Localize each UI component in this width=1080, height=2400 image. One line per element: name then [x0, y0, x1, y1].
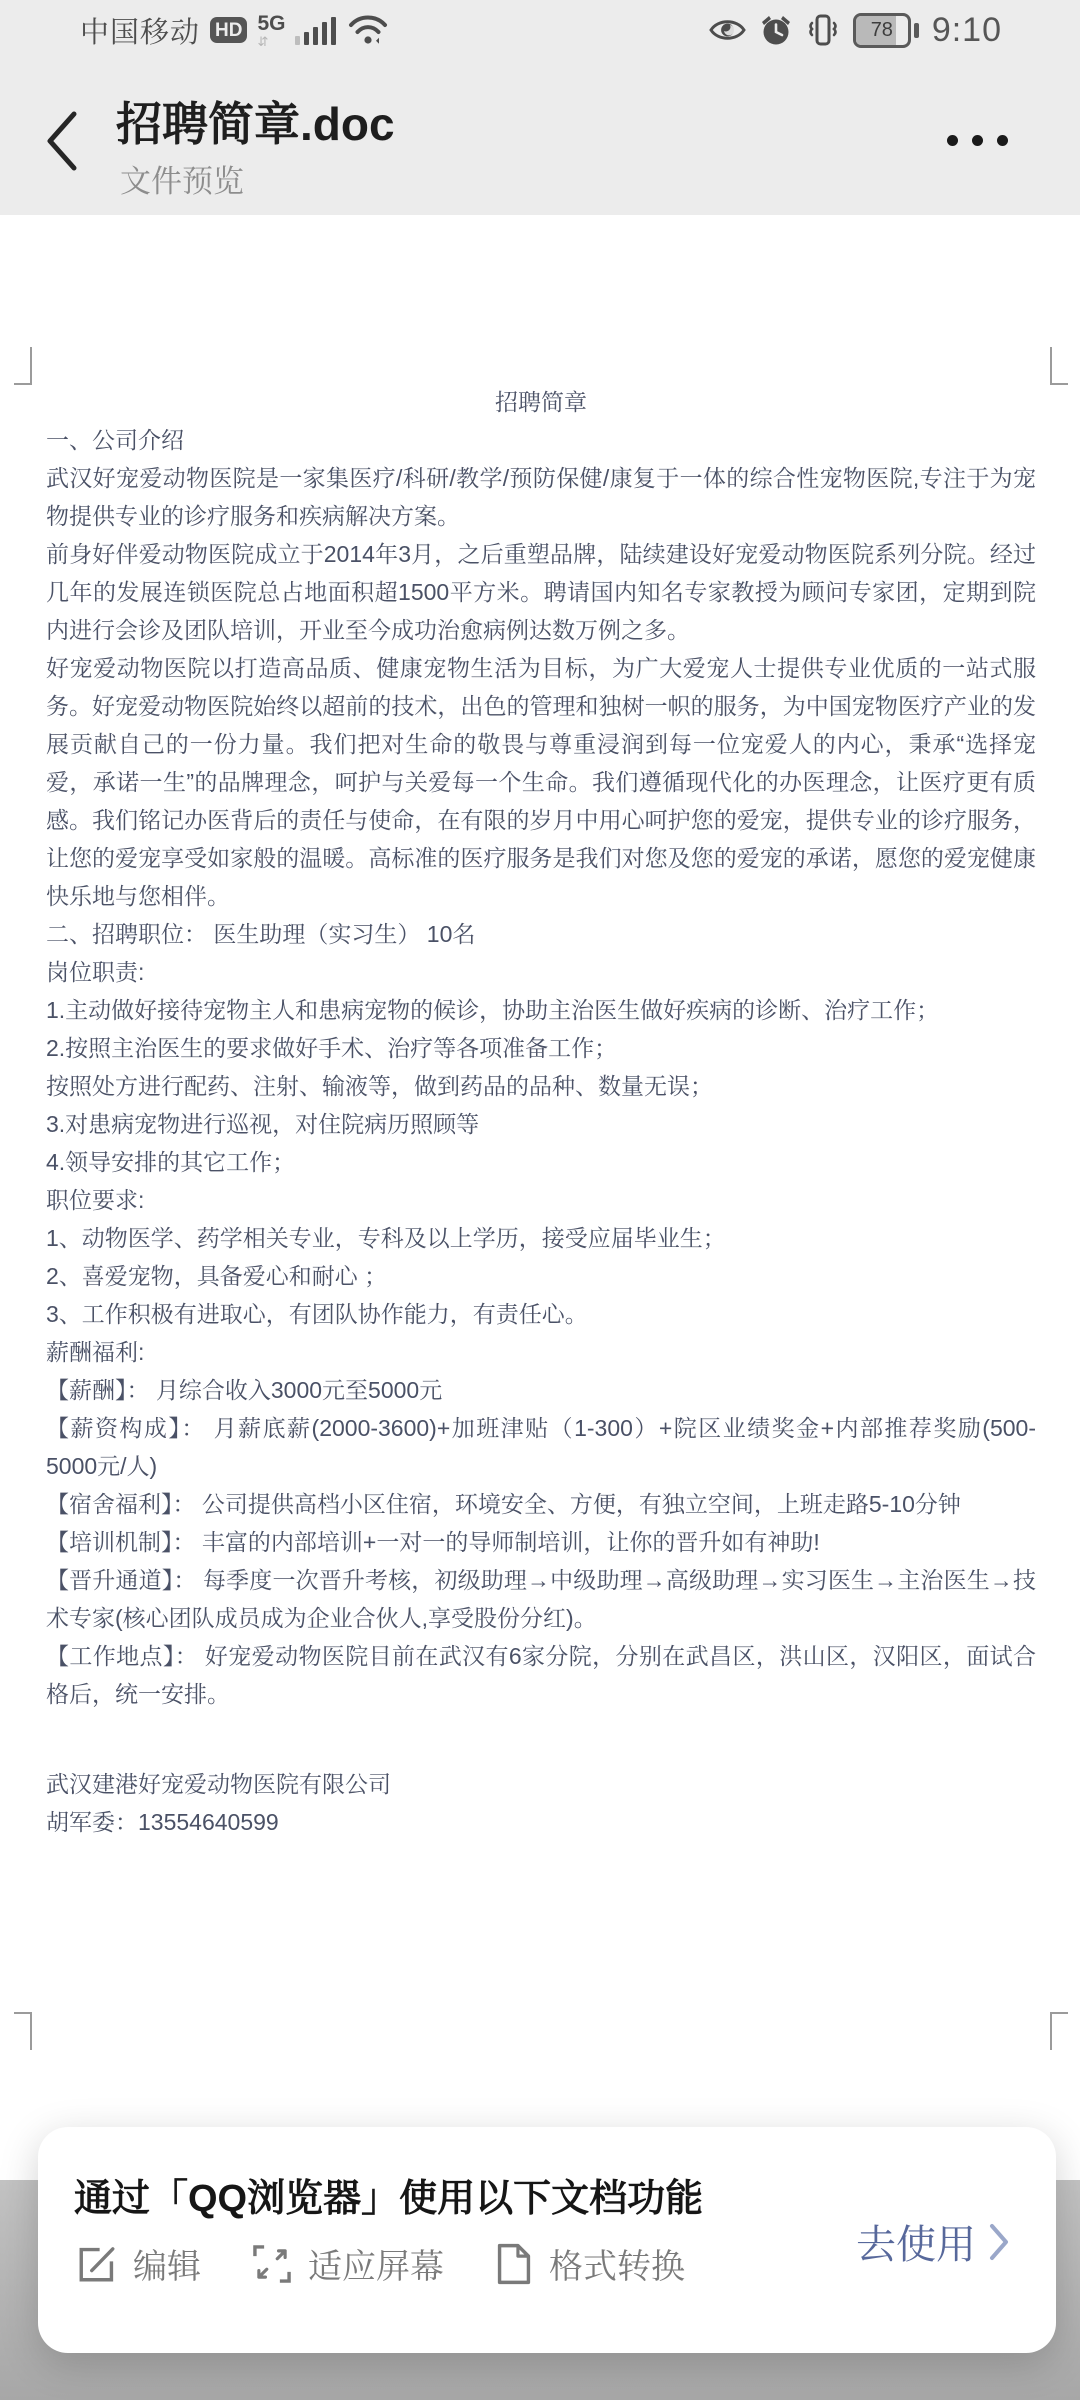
screen: 中国移动 HD 5G ⇵ [0, 0, 1080, 2400]
status-bar-left: 中国移动 HD 5G ⇵ [80, 0, 390, 60]
doc-paragraph: 招聘简章 [46, 383, 1036, 421]
qq-browser-bottom-sheet: 通过「QQ浏览器」使用以下文档功能 编辑 [38, 2127, 1056, 2353]
network-arrows-icon: ⇵ [257, 35, 268, 48]
dot-icon [997, 135, 1008, 146]
back-chevron-icon [44, 110, 80, 172]
format-convert-action-button[interactable]: 格式转换 [494, 2239, 685, 2288]
dot-icon [972, 135, 983, 146]
edit-action-button[interactable]: 编辑 [76, 2239, 201, 2288]
go-use-button[interactable]: 去使用 [856, 2213, 1010, 2270]
text-boundary-mark-bottom-right [1050, 2012, 1068, 2050]
doc-paragraph: 【晋升通道】： 每季度一次晋升考核，初级助理→中级助理→高级助理→实习医生→主治… [46, 1561, 1036, 1637]
action-label: 格式转换 [549, 2239, 685, 2288]
eye-comfort-icon [709, 17, 746, 43]
doc-paragraph: 武汉建港好宠爱动物医院有限公司 [46, 1765, 1036, 1803]
doc-paragraph: 2、喜爱宠物，具备爱心和耐心 ； [46, 1257, 1036, 1295]
text-boundary-mark-bottom-left [14, 2012, 32, 2050]
doc-paragraph: 【宿舍福利】： 公司提供高档小区住宿，环境安全、方便，有独立空间，上班走路5-1… [46, 1485, 1036, 1523]
action-label: 适应屏幕 [308, 2239, 444, 2288]
fit-screen-action-button[interactable]: 适应屏幕 [251, 2239, 444, 2288]
alarm-icon [759, 14, 793, 46]
doc-paragraph: 武汉好宠爱动物医院是一家集医疗/科研/教学/预防保健/康复于一体的综合性宠物医院… [46, 459, 1036, 535]
format-convert-icon [494, 2243, 534, 2285]
document-actions-row: 编辑 适应屏幕 [76, 2239, 685, 2288]
doc-paragraph: 二、招聘职位： 医生助理（实习生） 10名 [46, 915, 1036, 953]
document-page[interactable]: 招聘简章一、公司介绍武汉好宠爱动物医院是一家集医疗/科研/教学/预防保健/康复于… [0, 215, 1080, 2180]
doc-paragraph: 好宠爱动物医院以打造高品质、健康宠物生活为目标，为广大爱宠人士提供专业优质的一站… [46, 649, 1036, 915]
doc-paragraph: 【工作地点】： 好宠爱动物医院目前在武汉有6家分院，分别在武昌区，洪山区，汉阳区… [46, 1637, 1036, 1713]
more-options-button[interactable] [947, 120, 1008, 160]
doc-paragraph: 【培训机制】： 丰富的内部培训+一对一的导师制培训，让你的晋升如有神助! [46, 1523, 1036, 1561]
file-title: 招聘简章.doc [116, 88, 395, 154]
doc-paragraph: 3、工作积极有进取心，有团队协作能力，有责任心。 [46, 1295, 1036, 1333]
status-bar-right: 78 9:10 [709, 0, 1002, 60]
network-type-label: 5G ⇵ [257, 13, 285, 48]
edit-icon [76, 2243, 118, 2285]
doc-paragraph: 4.领导安排的其它工作； [46, 1143, 1036, 1181]
file-preview-header: 招聘简章.doc 文件预览 [0, 60, 1080, 215]
doc-paragraph: 【薪资构成】： 月薪底薪(2000-3600)+加班津贴（1-300）+院区业绩… [46, 1409, 1036, 1485]
doc-paragraph: 前身好伴爱动物医院成立于2014年3月，之后重塑品牌，陆续建设好宠爱动物医院系列… [46, 535, 1036, 649]
doc-paragraph: 按照处方进行配药、注射、输液等，做到药品的品种、数量无误； [46, 1067, 1036, 1105]
doc-paragraph: 岗位职责: [46, 953, 1036, 991]
chevron-right-icon [988, 2222, 1010, 2262]
text-boundary-mark-top-right [1050, 347, 1068, 385]
top-chrome: 中国移动 HD 5G ⇵ [0, 0, 1080, 215]
vibrate-icon [806, 13, 840, 47]
document-content: 招聘简章一、公司介绍武汉好宠爱动物医院是一家集医疗/科研/教学/预防保健/康复于… [46, 383, 1036, 1841]
hd-badge: HD [210, 17, 247, 43]
fit-screen-icon [251, 2243, 293, 2285]
doc-paragraph: 1.主动做好接待宠物主人和患病宠物的候诊，协助主治医生做好疾病的诊断、治疗工作； [46, 991, 1036, 1029]
dot-icon [947, 135, 958, 146]
battery-percent: 78 [871, 19, 893, 42]
file-subtitle: 文件预览 [120, 156, 244, 201]
bottom-sheet-title: 通过「QQ浏览器」使用以下文档功能 [74, 2167, 703, 2222]
action-label: 编辑 [133, 2239, 201, 2288]
go-use-label: 去使用 [856, 2213, 976, 2270]
wifi-icon [346, 12, 390, 48]
doc-paragraph: 3.对患病宠物进行巡视，对住院病历照顾等 [46, 1105, 1036, 1143]
doc-paragraph: 胡军委：13554640599 [46, 1803, 1036, 1841]
back-button[interactable] [34, 106, 90, 176]
status-time: 9:10 [932, 11, 1002, 50]
doc-paragraph: 【薪酬】： 月综合收入3000元至5000元 [46, 1371, 1036, 1409]
doc-paragraph: 职位要求: [46, 1181, 1036, 1219]
doc-paragraph: 1、动物医学、药学相关专业，专科及以上学历，接受应届毕业生； [46, 1219, 1036, 1257]
battery-icon: 78 [853, 13, 919, 48]
status-bar: 中国移动 HD 5G ⇵ [0, 0, 1080, 60]
battery-nub [914, 23, 919, 38]
text-boundary-mark-top-left [14, 347, 32, 385]
signal-strength-icon [295, 15, 336, 45]
doc-paragraph: 2.按照主治医生的要求做好手术、治疗等各项准备工作； [46, 1029, 1036, 1067]
doc-paragraph: 薪酬福利: [46, 1333, 1036, 1371]
carrier-label: 中国移动 [80, 10, 200, 51]
doc-paragraph: 一、公司介绍 [46, 421, 1036, 459]
